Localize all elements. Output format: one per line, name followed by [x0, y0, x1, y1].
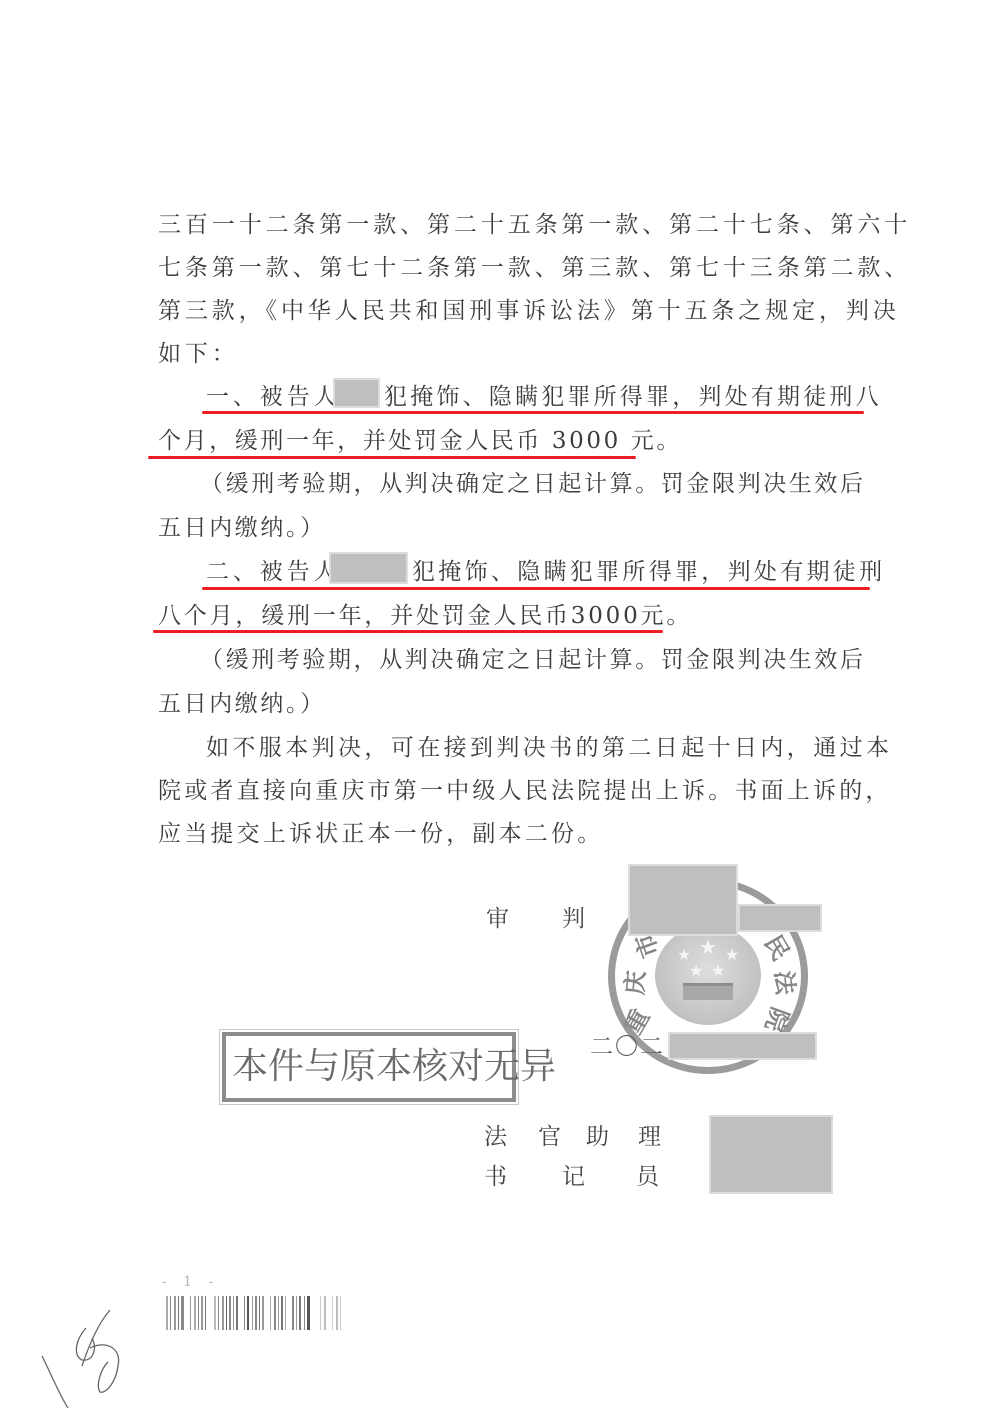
appeal-line-3: 应当提交上诉状正本一份，副本二份。 — [158, 819, 603, 849]
verdict-1-note-line-2: 五日内缴纳。） — [158, 513, 326, 543]
legal-basis-line-2: 七条第一款、第七十二条第一款、第三款、第七十三条第二款、 — [158, 253, 911, 283]
redacted-defendant-name-2 — [329, 552, 408, 584]
verdict-1-prefix: 一、被告人 — [206, 382, 341, 412]
assistant-label-char-4: 理 — [638, 1122, 661, 1152]
assistant-label-char-1: 法 — [484, 1122, 507, 1152]
assistant-label-char-3: 助 — [586, 1122, 609, 1152]
redacted-judge-name — [628, 864, 738, 936]
barcode — [166, 1296, 472, 1330]
seal-text-right-1: 民 — [758, 927, 800, 965]
verdict-1-line-2: 个月，缓刑一年，并处罚金人民币 3000 元。 — [158, 426, 682, 456]
judge-label-char-2: 判 — [562, 904, 585, 934]
verdict-1-note-line-1: （缓刑考验期，从判决确定之日起计算。罚金限判决生效后 — [200, 469, 866, 499]
assistant-label-char-2: 官 — [538, 1122, 561, 1152]
handwritten-note-103 — [30, 1290, 140, 1410]
verdict-1-suffix: 犯掩饰、隐瞒犯罪所得罪，判处有期徒刑八 — [384, 382, 882, 412]
star-icon: ★ — [699, 939, 717, 955]
legal-basis-line-4: 如下： — [158, 339, 239, 369]
legal-basis-line-3: 第三款，《中华人民共和国刑事诉讼法》第十五条之规定，判决 — [158, 296, 900, 326]
clerk-label-char-1: 书 — [484, 1162, 507, 1192]
legal-basis-line-1: 三百一十二条第一款、第二十五条第一款、第二十七条、第六十 — [158, 210, 911, 240]
national-emblem-icon: ★ ★ ★ ★ ★ — [655, 925, 761, 1025]
tiananmen-icon — [683, 983, 733, 1000]
verdict-2-prefix: 二、被告人 — [206, 557, 341, 587]
redacted-judge-name-extra — [738, 904, 822, 932]
judge-label-char-1: 审 — [486, 904, 509, 934]
verification-stamp-text: 本件与原本核对无异 — [232, 1042, 556, 1092]
seal-text-right-2: 法 — [769, 969, 806, 996]
redacted-date — [668, 1032, 817, 1060]
page-number: - 1 - — [162, 1274, 219, 1290]
verdict-2-note-line-1: （缓刑考验期，从判决确定之日起计算。罚金限判决生效后 — [200, 645, 866, 675]
star-icon: ★ — [725, 947, 739, 963]
date-prefix: 二〇二 — [590, 1032, 665, 1062]
seal-text-left-2: 庆 — [615, 969, 652, 996]
appeal-line-1: 如不服本判决，可在接到判决书的第二日起十日内，通过本 — [206, 733, 892, 763]
clerk-label-char-2: 记 — [562, 1162, 585, 1192]
clerk-label-char-3: 员 — [636, 1162, 659, 1192]
highlight-underline-2 — [148, 456, 636, 459]
verification-stamp: 本件与原本核对无异 — [222, 1032, 516, 1102]
verdict-2-suffix: 犯掩饰、隐瞒犯罪所得罪，判处有期徒刑 — [412, 557, 885, 587]
star-icon: ★ — [689, 963, 703, 979]
highlight-underline-1 — [202, 411, 864, 414]
star-icon: ★ — [711, 963, 725, 979]
verdict-2-line-2: 八个月，缓刑一年，并处罚金人民币3000元。 — [158, 601, 692, 631]
appeal-line-2: 院或者直接向重庆市第一中级人民法院提出上诉。书面上诉的， — [158, 776, 892, 806]
redacted-defendant-name-1 — [333, 378, 380, 408]
highlight-underline-3 — [202, 587, 870, 590]
highlight-underline-4 — [153, 630, 663, 633]
verdict-2-note-line-2: 五日内缴纳。） — [158, 689, 326, 719]
redacted-clerk-name — [709, 1115, 833, 1194]
